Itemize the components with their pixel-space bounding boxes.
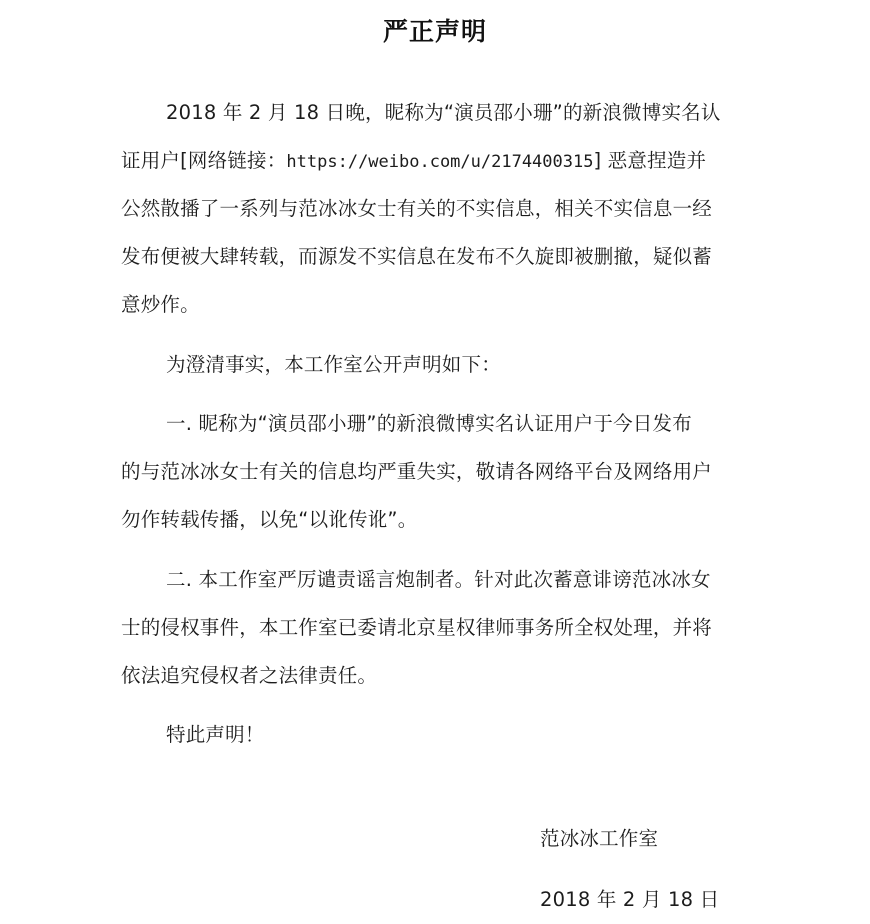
statement-document: 严正声明 2018 年 2 月 18 日晚，昵称为“演员邵小珊”的新浪微博实名认… — [0, 0, 870, 924]
signature: 范冰冰工作室 — [540, 823, 658, 851]
paragraph1-line2-prefix: 证用户[网络链接： — [121, 149, 286, 172]
paragraph1-line2: 证用户[网络链接：https://weibo.com/u/2174400315]… — [121, 145, 706, 173]
item2-line1: 二. 本工作室严厉谴责谣言炮制者。针对此次蓄意诽谤范冰冰女 — [166, 564, 711, 592]
item1-line2: 的与范冰冰女士有关的信息均严重失实，敬请各网络平台及网络用户 — [121, 456, 712, 484]
item1-line1: 一. 昵称为“演员邵小珊”的新浪微博实名认证用户于今日发布 — [166, 408, 692, 436]
item2-line3: 依法追究侵权者之法律责任。 — [121, 660, 377, 688]
weibo-link: https://weibo.com/u/2174400315 — [286, 152, 593, 172]
item1-line3: 勿作转载传播，以免“以讹传讹”。 — [121, 504, 417, 532]
paragraph1-line1: 2018 年 2 月 18 日晚，昵称为“演员邵小珊”的新浪微博实名认 — [166, 97, 721, 125]
paragraph1-line5: 意炒作。 — [121, 289, 200, 317]
document-title: 严正声明 — [0, 12, 870, 48]
signature-date: 2018 年 2 月 18 日 — [540, 884, 719, 912]
closing-text: 特此声明！ — [166, 719, 265, 747]
paragraph1-line3: 公然散播了一系列与范冰冰女士有关的不实信息，相关不实信息一经 — [121, 193, 712, 221]
paragraph1-line4: 发布便被大肆转载，而源发不实信息在发布不久旋即被删撤，疑似蓄 — [121, 241, 712, 269]
paragraph1-line2-suffix: ] 恶意捏造并 — [593, 149, 706, 172]
item2-line2: 士的侵权事件，本工作室已委请北京星权律师事务所全权处理，并将 — [121, 612, 712, 640]
paragraph2: 为澄清事实，本工作室公开声明如下： — [166, 349, 501, 377]
